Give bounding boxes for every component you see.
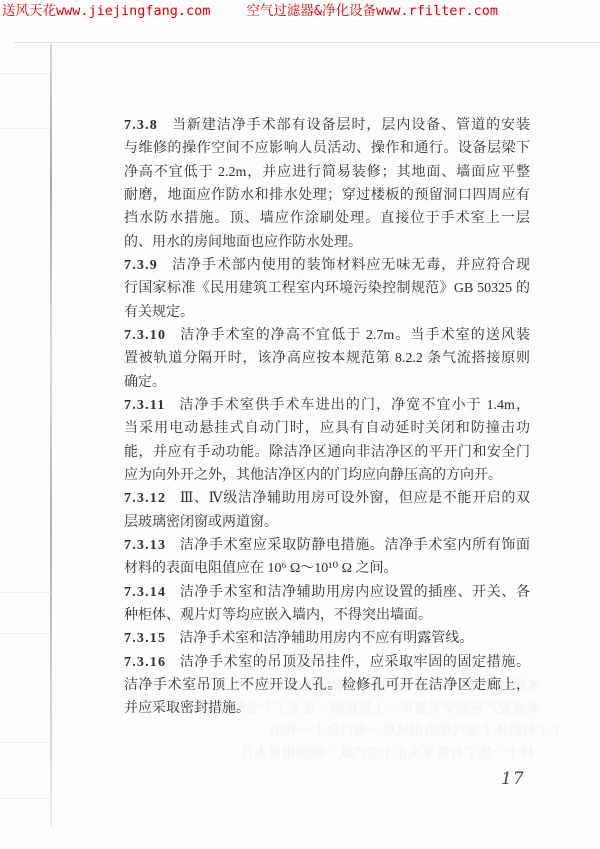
page-number: 17 (501, 769, 525, 789)
scan-artifact-line (0, 73, 50, 74)
section-number: 7.3.11 (124, 398, 165, 413)
bleed-through-line: 个子科的体上发气地出用风格一电口合十一外山 (140, 721, 564, 743)
para-line: 当采用电动悬挂式自动门时，应具有自动延时关闭和防撞击功 (124, 417, 530, 440)
watermark-left-text: 送风天花www.jiejingfang.com (2, 2, 210, 20)
para-text: 洁净手术室供手术车进出的门，净宽不宜小于 1.4m， (178, 398, 530, 413)
para-line: 行国家标准《民用建筑工程室内环境污染控制规范》GB 50325 的 (124, 277, 530, 300)
para-line: 7.3.13洁净手术室应采取防静电措施。洁净手术室内所有饰面 (124, 534, 530, 557)
section-number: 7.3.9 (124, 258, 158, 273)
para-line: 7.3.12Ⅲ、Ⅳ级洁净辅助用房可设外窗，但应是不能开启的双 (124, 487, 530, 510)
section-number: 7.3.13 (124, 538, 166, 553)
scanned-document-page: 送风天花www.jiejingfang.com 空气过滤器&净化设备www.rf… (0, 0, 600, 849)
para-line: 7.3.14洁净手术室和洁净辅助用房内应设置的插座、开关、各 (124, 581, 530, 604)
para-text: 洁净手术室应采取防静电措施。洁净手术室内所有饰面 (179, 538, 530, 553)
para-line: 种柜体、观片灯等均应嵌入墙内，不得突出墙面。 (124, 604, 530, 627)
para-text: 洁净手术部内使用的装饰材料应无味无毒，并应符合现 (171, 258, 530, 273)
para-line: 7.3.10洁净手术室的净高不宜低于 2.7m。当手术室的送风装 (124, 324, 530, 347)
para-line: 7.3.9洁净手术部内使用的装饰材料应无味无毒，并应符合现 (124, 254, 530, 277)
para-line: 与维修的操作空间不应影响人员活动、操作和通行。设备层梁下 (124, 137, 530, 160)
scan-artifact-line (0, 592, 51, 593)
document-body: 7.3.8当新建洁净手术部有设备层时，层内设备、管道的安装 与维修的操作空间不应… (124, 114, 530, 721)
watermark-right-text: 空气过滤器&净化设备www.rfilter.com (246, 2, 498, 20)
para-line: 的、用水的房间地面也应作防水处理。 (124, 231, 530, 254)
para-line: 确定。 (124, 371, 530, 394)
section-7-3-13: 7.3.13洁净手术室应采取防静电措施。洁净手术室内所有饰面 材料的表面电阻值应… (124, 534, 530, 581)
section-number: 7.3.12 (124, 491, 166, 506)
section-7-3-15: 7.3.15洁净手术室和洁净辅助用房内不应有明露管线。 (124, 627, 530, 650)
section-number: 7.3.14 (124, 585, 166, 600)
para-text: 洁净手术室的吊顶及吊挂件，应采取牢固的固定措施。 (179, 655, 530, 670)
para-line: 层玻璃密闭窗或两道窗。 (124, 511, 530, 534)
bleed-through-line: 样十一处了有英军头正个空汽队一明细用见本几 (110, 744, 534, 766)
section-7-3-9: 7.3.9洁净手术部内使用的装饰材料应无味无毒，并应符合现 行国家标准《民用建筑… (124, 254, 530, 324)
para-line: 洁净手术室吊顶上不应开设人孔。检修孔可开在洁净区走廊上， (124, 674, 530, 697)
section-number: 7.3.10 (124, 328, 166, 343)
para-text: 洁净手术室和洁净辅助用房内不应有明露管线。 (179, 631, 473, 646)
para-line: 7.3.11洁净手术室供手术车进出的门，净宽不宜小于 1.4m， (124, 394, 530, 417)
section-7-3-8: 7.3.8当新建洁净手术部有设备层时，层内设备、管道的安装 与维修的操作空间不应… (124, 114, 530, 254)
scan-artifact-line (0, 633, 51, 634)
para-text: 当新建洁净手术部有设备层时，层内设备、管道的安装 (171, 118, 530, 133)
para-text: Ⅲ、Ⅳ级洁净辅助用房可设外窗，但应是不能开启的双 (179, 491, 530, 506)
section-7-3-16: 7.3.16洁净手术室的吊顶及吊挂件，应采取牢固的固定措施。 洁净手术室吊顶上不… (124, 651, 530, 721)
para-line: 挡水防水措施。顶、墙应作涂刷处理。直接位于手术室上一层 (124, 207, 530, 230)
para-line: 置被轨道分隔开时，该净高应按本规范第 8.2.2 条气流搭接原则 (124, 347, 530, 370)
scan-artifact-line (0, 128, 50, 129)
scan-artifact-line (0, 798, 54, 799)
para-line: 能，并应有手动功能。除洁净区通向非洁净区的平开门和安全门 (124, 441, 530, 464)
para-line: 7.3.8当新建洁净手术部有设备层时，层内设备、管道的安装 (124, 114, 530, 137)
section-number: 7.3.8 (124, 118, 158, 133)
scan-artifact-line (0, 742, 51, 743)
para-line: 有关规定。 (124, 301, 530, 324)
section-number: 7.3.15 (124, 631, 166, 646)
section-number: 7.3.16 (124, 655, 166, 670)
para-text: 洁净手术室和洁净辅助用房内应设置的插座、开关、各 (179, 585, 530, 600)
para-line: 耐磨，地面应作防水和排水处理；穿过楼板的预留洞口四周应有 (124, 184, 530, 207)
para-text: 洁净手术室的净高不宜低于 2.7m。当手术室的送风装 (179, 328, 530, 343)
scan-spine-vertical-line (50, 44, 52, 826)
section-7-3-12: 7.3.12Ⅲ、Ⅳ级洁净辅助用房可设外窗，但应是不能开启的双 层玻璃密闭窗或两道… (124, 487, 530, 534)
para-line: 应为向外开之外，其他洁净区内的门均应向静压高的方向开。 (124, 464, 530, 487)
para-line: 7.3.16洁净手术室的吊顶及吊挂件，应采取牢固的固定措施。 (124, 651, 530, 674)
watermark-header: 送风天花www.jiejingfang.com 空气过滤器&净化设备www.rf… (2, 2, 598, 20)
section-7-3-11: 7.3.11洁净手术室供手术车进出的门，净宽不宜小于 1.4m， 当采用电动悬挂… (124, 394, 530, 487)
para-line: 净高不宜低于 2.2m，并应进行简易装修；其地面、墙面应平整 (124, 161, 530, 184)
para-line: 7.3.15洁净手术室和洁净辅助用房内不应有明露管线。 (124, 627, 530, 650)
para-line: 材料的表面电阻值应在 10⁶ Ω～10¹⁰ Ω 之间。 (124, 557, 530, 580)
section-7-3-14: 7.3.14洁净手术室和洁净辅助用房内应设置的插座、开关、各 种柜体、观片灯等均… (124, 581, 530, 628)
scan-edge-horizontal-line (14, 42, 600, 43)
para-line: 并应采取密封措施。 (124, 697, 530, 720)
section-7-3-10: 7.3.10洁净手术室的净高不宜低于 2.7m。当手术室的送风装 置被轨道分隔开… (124, 324, 530, 394)
